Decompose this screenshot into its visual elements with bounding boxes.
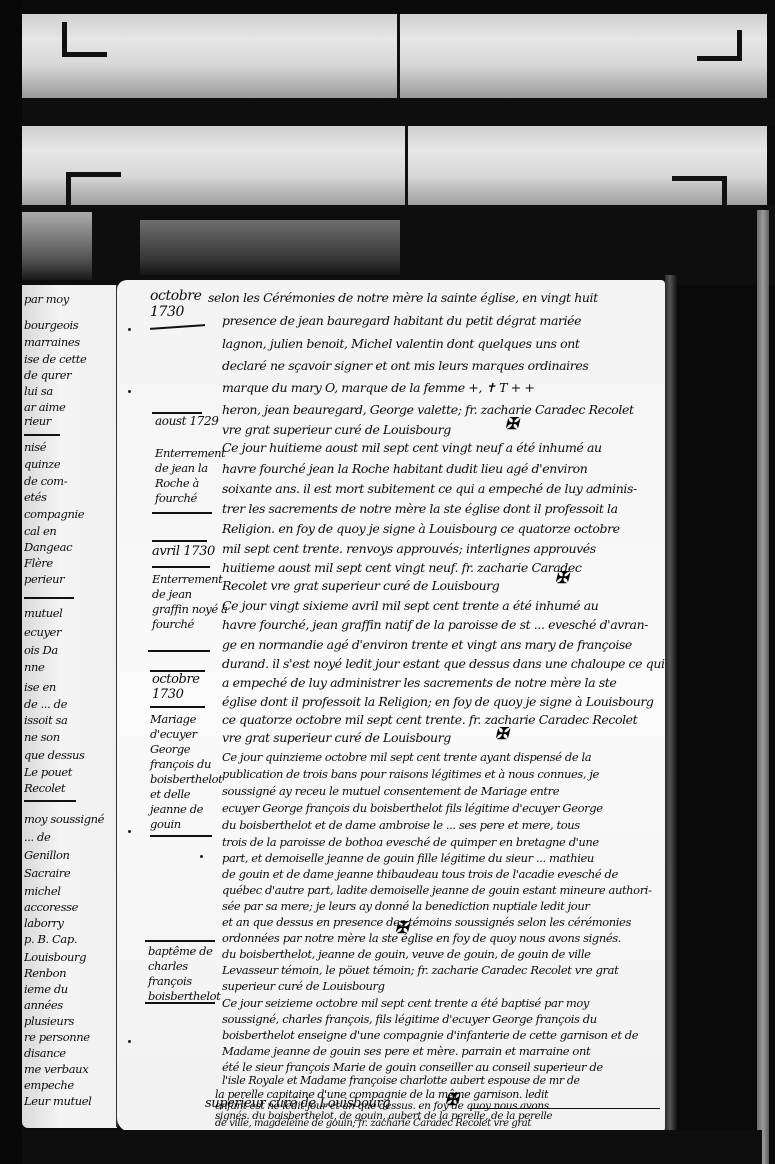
film-frame-top-2 — [22, 126, 767, 208]
signature-mark: ✠ — [495, 724, 506, 743]
text-line: et an que dessus en presence des témoins… — [222, 915, 631, 929]
left-fragment: ar aime — [24, 400, 116, 414]
speck — [128, 1040, 131, 1043]
margin-rule — [152, 566, 210, 568]
speck — [128, 390, 131, 393]
left-fragment: Le pouet — [24, 765, 116, 779]
margin-rule — [145, 940, 215, 942]
text-line: Ce jour huitieme aoust mil sept cent vin… — [222, 440, 602, 455]
text-line: ecuyer George françois du boisberthelot … — [222, 801, 603, 815]
left-fragment: de ... de — [24, 697, 116, 711]
margin-title: baptême de charles françois boisberthelo… — [148, 944, 226, 1004]
left-fragment: Leur mutuel — [24, 1094, 116, 1108]
film-gap — [0, 98, 775, 126]
text-line: église dont il professoit la Religion; e… — [222, 694, 654, 709]
left-rule — [24, 800, 76, 802]
left-fragment: Louisbourg — [24, 950, 116, 964]
margin-rule — [152, 512, 212, 514]
margin-rule — [150, 706, 205, 708]
frame-corner-right — [697, 30, 742, 61]
left-fragment: ne son — [24, 730, 116, 744]
film-frame-top-1 — [22, 14, 767, 98]
text-line: de ville, magdeleine de gouin; fr. zacha… — [215, 1118, 531, 1129]
left-fragment: p. B. Cap. — [24, 932, 116, 946]
closing-rule — [470, 1108, 660, 1109]
left-fragment: mutuel — [24, 606, 116, 620]
text-line: de gouin et de dame jeanne thibaudeau to… — [222, 867, 618, 881]
left-fragment: ise de cette — [24, 352, 116, 366]
text-line: durand. il s'est noyé ledit jour estant … — [222, 656, 665, 671]
left-fragment: par moy — [24, 292, 116, 306]
left-fragment: Dangeac — [24, 540, 116, 554]
text-line: selon les Cérémonies de notre mère la sa… — [208, 290, 598, 305]
text-line: superieur curé de Louisbourg — [222, 979, 385, 993]
text-line: Levasseur témoin, le pöuet témoin; fr. z… — [222, 963, 618, 977]
left-fragment: moy soussigné — [24, 812, 116, 826]
left-fragment: cal en — [24, 524, 116, 538]
left-fragment: plusieurs — [24, 1014, 116, 1028]
speck — [128, 328, 131, 331]
left-rule — [24, 597, 74, 599]
left-fragment: que dessus — [24, 748, 116, 762]
text-line: Recolet vre grat superieur curé de Louis… — [222, 578, 499, 593]
left-fragment: disance — [24, 1046, 116, 1060]
left-fragment: quinze — [24, 457, 116, 471]
text-line: du boisberthelot et de dame ambroise le … — [222, 818, 580, 832]
text-line: du boisberthelot, jeanne de gouin, veuve… — [222, 947, 591, 961]
left-fragment: années — [24, 998, 116, 1012]
text-line: été le sieur françois Marie de gouin con… — [222, 1060, 603, 1074]
page-edge-binding — [665, 275, 677, 1135]
text-line: a empeché de luy administrer les sacreme… — [222, 675, 616, 690]
text-line: vre grat superieur curé de Louisbourg — [222, 422, 451, 437]
text-line: sée par sa mere; je leurs ay donné la be… — [222, 899, 589, 913]
text-line: trois de la paroisse de bothoa evesché d… — [222, 835, 599, 849]
margin-title: Enterrement de jean la Roche à fourché — [155, 446, 233, 506]
left-fragment: de qurer — [24, 368, 116, 382]
text-line: soussigné, charles françois, fils légiti… — [222, 1012, 597, 1026]
text-line: mil sept cent trente. renvoys approuvés;… — [222, 541, 596, 556]
frame-divider — [405, 126, 408, 208]
signature-mark: ✠ — [395, 918, 406, 937]
text-line: heron, jean beauregard, George valette; … — [222, 402, 634, 417]
text-line: huitieme aoust mil sept cent vingt neuf.… — [222, 560, 582, 575]
left-fragment: Renbon — [24, 966, 116, 980]
left-fragment: Sacraire — [24, 866, 116, 880]
text-line: part, et demoiselle jeanne de gouin fill… — [222, 851, 594, 865]
signature-mark: ✠ — [555, 568, 566, 587]
text-line: soussigné ay receu le mutuel consentemen… — [222, 784, 559, 798]
left-fragment: issoit sa — [24, 713, 116, 727]
margin-rule — [150, 835, 212, 837]
film-right-edge — [757, 210, 769, 1164]
text-line: Ce jour quinzieme octobre mil sept cent … — [222, 750, 591, 764]
text-line: soixante ans. il est mort subitement ce … — [222, 481, 637, 496]
text-line: vre grat superieur curé de Louisbourg — [222, 730, 451, 745]
text-line: presence de jean bauregard habitant du p… — [222, 313, 581, 328]
text-line: publication de trois bans pour raisons l… — [222, 767, 599, 781]
text-line: havre fourché jean la Roche habitant dud… — [222, 461, 587, 476]
margin-date: aoust 1729 — [155, 414, 233, 429]
margin-date: avril 1730 — [152, 544, 230, 559]
left-fragment: Genillon — [24, 848, 116, 862]
text-line: ordonnées par notre mère la ste église e… — [222, 931, 621, 945]
text-line: boisberthelot enseigne d'une compagnie d… — [222, 1028, 638, 1042]
text-line: declaré ne sçavoir signer et ont mis leu… — [222, 358, 588, 373]
left-fragment: ise en — [24, 680, 116, 694]
speck — [200, 855, 203, 858]
text-line: québec d'autre part, ladite demoiselle j… — [222, 883, 652, 897]
left-fragment: ... de — [24, 830, 116, 844]
margin-rule — [148, 650, 210, 652]
bottom-shadow — [22, 1130, 762, 1164]
left-fragment: empeche — [24, 1078, 116, 1092]
left-fragment: re personne — [24, 1030, 116, 1044]
left-fragment: ois Da — [24, 643, 116, 657]
left-fragment: bourgeois — [24, 318, 116, 332]
left-fragment: ieme du — [24, 982, 116, 996]
left-fragment: lui sa — [24, 384, 116, 398]
left-fragment: ecuyer — [24, 625, 116, 639]
right-page-top-haze — [140, 220, 400, 275]
left-fragment: nisé — [24, 440, 116, 454]
left-fragment: etés — [24, 490, 116, 504]
margin-title: Mariage d'ecuyer George françois du bois… — [150, 712, 228, 832]
left-fragment: Flère — [24, 556, 116, 570]
text-line: marque du mary O, marque de la femme +, … — [222, 380, 534, 395]
text-line: l'isle Royale et Madame françoise charlo… — [222, 1074, 580, 1087]
film-left-border — [0, 0, 22, 1164]
text-line: Ce jour seizieme octobre mil sept cent t… — [222, 996, 589, 1010]
text-line: lagnon, julien benoit, Michel valentin d… — [222, 336, 579, 351]
left-fragment: michel — [24, 884, 116, 898]
frame-corner-left — [66, 172, 121, 207]
left-fragment: laborry — [24, 916, 116, 930]
signature-mark: ✠ — [445, 1090, 456, 1109]
text-line: Ce jour vingt sixieme avril mil sept cen… — [222, 598, 598, 613]
left-fragment: nne — [24, 660, 116, 674]
text-line: havre fourché, jean graffin natif de la … — [222, 617, 648, 632]
left-fragment: de com- — [24, 474, 116, 488]
text-line: Religion. en foy de quoy je signe à Loui… — [222, 521, 620, 536]
left-fragment: compagnie — [24, 507, 116, 521]
text-line: ge en normandie agé d'environ trente et … — [222, 637, 632, 652]
margin-title: Enterrement de jean graffin noyé à fourc… — [152, 572, 230, 632]
text-line: Madame jeanne de gouin ses pere et mère.… — [222, 1044, 590, 1058]
frame-corner-left — [62, 22, 107, 57]
frame-divider — [397, 14, 400, 98]
left-fragment: Recolet — [24, 781, 116, 795]
left-fragment: perieur — [24, 572, 116, 586]
left-fragment: accoresse — [24, 900, 116, 914]
text-line: superieur curé de Louisbourg — [205, 1096, 390, 1111]
margin-date: octobre 1730 — [152, 672, 230, 702]
speck — [128, 830, 131, 833]
left-page-top-haze — [22, 212, 92, 280]
left-fragment: me verbaux — [24, 1062, 116, 1076]
left-fragment: rieur — [24, 414, 116, 428]
text-line: trer les sacrements de notre mère la ste… — [222, 501, 618, 516]
margin-rule — [145, 1002, 215, 1004]
left-fragment: marraines — [24, 335, 116, 349]
signature-mark: ✠ — [505, 414, 516, 433]
left-rule — [24, 434, 60, 436]
margin-rule — [152, 540, 207, 542]
text-line: ce quatorze octobre mil sept cent trente… — [222, 712, 637, 727]
